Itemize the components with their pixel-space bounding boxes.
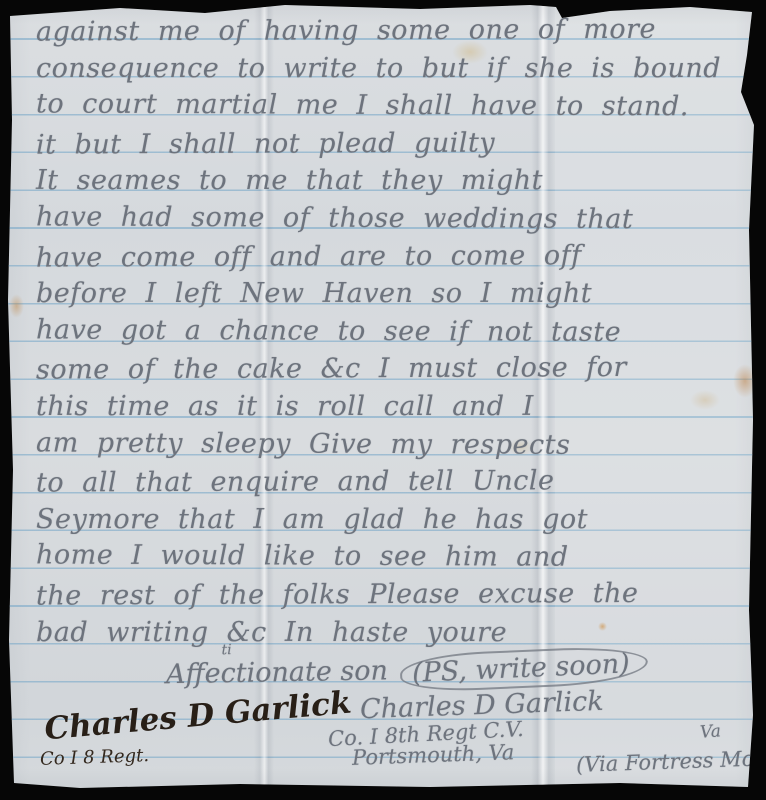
letter-body: against me of having some one of morecon…	[36, 12, 756, 651]
letter-line: have got a chance to see if not taste	[36, 311, 756, 352]
letter-line: against me of having some one of more	[36, 10, 756, 51]
ink-signature-unit: Co I 8 Regt.	[40, 745, 150, 770]
letter-line: bad writing &c In haste youre	[36, 614, 756, 652]
letter-line: to court martial me I shall have to stan…	[36, 86, 756, 127]
letter-paper: against me of having some one of morecon…	[0, 0, 766, 800]
scanned-letter-page: against me of having some one of morecon…	[0, 0, 766, 800]
letter-line: It seames to me that they might	[36, 162, 756, 200]
letter-line: am pretty sleepy Give my respects	[36, 424, 756, 465]
letter-line: the rest of the folks Please excuse the	[36, 574, 756, 615]
circled-postscript: (PS, write soon)	[399, 645, 648, 694]
letter-line: consequence to write to but if she is bo…	[36, 50, 756, 88]
letter-line: have had some of those weddings that	[36, 198, 756, 239]
letter-line: have come off and are to come off	[36, 236, 756, 277]
letter-line: home I would like to see him and	[36, 537, 756, 578]
insertion-mark: ti	[221, 642, 231, 658]
stain	[9, 294, 24, 318]
corner-mark-va: Va	[699, 721, 721, 742]
letter-line: it but I shall not plead guilty	[36, 123, 756, 164]
letter-line: Seymore that I am glad he has got	[36, 501, 756, 539]
letter-line: to all that enquire and tell Uncle	[36, 462, 756, 503]
letter-line: this time as it is roll call and I	[36, 388, 756, 426]
letter-line: some of the cake &c I must close for	[36, 349, 756, 390]
letter-line: before I left New Haven so I might	[36, 275, 756, 313]
closing-text: Affectionate son	[166, 655, 388, 690]
